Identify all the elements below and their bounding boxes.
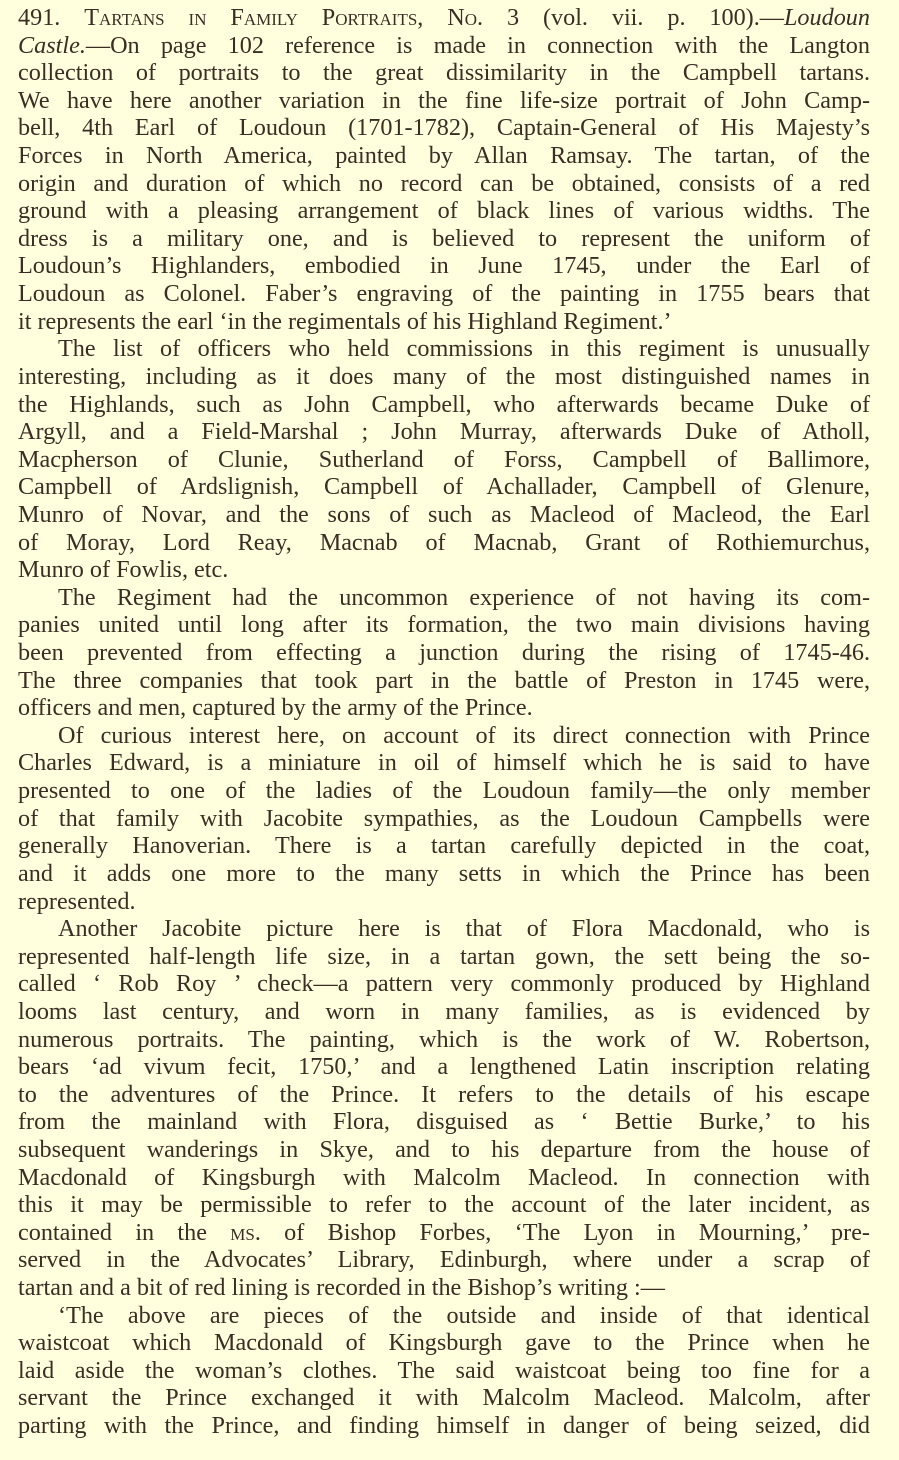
text-line: bears ‘ad vivum fecit, 1750,’ and a leng… [18,1053,870,1081]
text-line: ‘The above are pieces of the outside and… [18,1302,870,1330]
text-line: officers and men, captured by the army o… [18,694,870,722]
text-line: Macdonald of Kingsburgh with Malcolm Mac… [18,1164,870,1192]
text-line: tartan and a bit of red lining is record… [18,1274,870,1302]
small-caps-text: Tartans in Family Portraits, No. [84,4,483,31]
text-line: from the mainland with Flora, disguised … [18,1108,870,1136]
text-line: 491. Tartans in Family Portraits, No. 3 … [18,4,870,32]
text-line: The three companies that took part in th… [18,667,870,695]
text-line: Munro of Novar, and the sons of such as … [18,501,870,529]
text-line: laid aside the woman’s clothes. The said… [18,1357,870,1385]
text-line: waistcoat which Macdonald of Kingsburgh … [18,1329,870,1357]
text-line: The Regiment had the uncommon experience… [18,584,870,612]
text-line: generally Hanoverian. There is a tartan … [18,832,870,860]
text-line: Macpherson of Clunie, Sutherland of Fors… [18,446,870,474]
italic-text: Castle. [18,32,86,59]
paragraph-p2: The list of officers who held commission… [18,335,870,583]
text-line: Castle.—On page 102 reference is made in… [18,32,870,60]
text-line: and it adds one more to the many setts i… [18,860,870,888]
text-line: Of curious interest here, on account of … [18,722,870,750]
text-line: bell, 4th Earl of Loudoun (1701-1782), C… [18,114,870,142]
text-line: The list of officers who held commission… [18,335,870,363]
text-run: 3 (vol. vii. p. 100).— [483,4,784,31]
text-line: Loudoun’s Highlanders, embodied in June … [18,252,870,280]
document-page: 491. Tartans in Family Portraits, No. 3 … [0,0,899,1460]
text-run: —On page 102 reference is made in connec… [86,32,870,59]
text-line: Charles Edward, is a miniature in oil of… [18,749,870,777]
text-line: interesting, including as it does many o… [18,363,870,391]
paragraph-p3: The Regiment had the uncommon experience… [18,584,870,722]
text-line: looms last century, and worn in many fam… [18,998,870,1026]
text-line: dress is a military one, and is believed… [18,225,870,253]
text-line: panies united until long after its forma… [18,611,870,639]
text-line: of Moray, Lord Reay, Macnab of Macnab, G… [18,529,870,557]
paragraph-p6: ‘The above are pieces of the outside and… [18,1302,870,1440]
text-line: numerous portraits. The painting, which … [18,1026,870,1054]
text-line: called ‘ Rob Roy ’ check—a pattern very … [18,970,870,998]
text-line: ground with a pleasing arrangement of bl… [18,197,870,225]
paragraph-p4: Of curious interest here, on account of … [18,722,870,915]
paragraph-p5: Another Jacobite picture here is that of… [18,915,870,1302]
article-body: 491. Tartans in Family Portraits, No. 3 … [18,4,870,1440]
text-line: servant the Prince exchanged it with Mal… [18,1384,870,1412]
text-line: Munro of Fowlis, etc. [18,556,870,584]
text-line: been prevented from effecting a junction… [18,639,870,667]
small-caps-text: ms. [230,1219,261,1246]
text-run: 491. [18,4,84,31]
paragraph-p1: 491. Tartans in Family Portraits, No. 3 … [18,4,870,335]
text-line: We have here another variation in the fi… [18,87,870,115]
text-line: this it may be permissible to refer to t… [18,1191,870,1219]
text-line: Another Jacobite picture here is that of… [18,915,870,943]
text-line: Forces in North America, painted by Alla… [18,142,870,170]
text-line: Campbell of Ardslignish, Campbell of Ach… [18,473,870,501]
text-line: origin and duration of which no record c… [18,170,870,198]
text-line: represented half-length life size, in a … [18,943,870,971]
text-line: Argyll, and a Field-Marshal ; John Murra… [18,418,870,446]
text-line: to the adventures of the Prince. It refe… [18,1081,870,1109]
text-line: presented to one of the ladies of the Lo… [18,777,870,805]
text-line: Loudoun as Colonel. Faber’s engraving of… [18,280,870,308]
text-line: subsequent wanderings in Skye, and to hi… [18,1136,870,1164]
text-line: represented. [18,888,870,916]
text-line: of that family with Jacobite sympathies,… [18,805,870,833]
text-line: parting with the Prince, and finding him… [18,1412,870,1440]
text-line: served in the Advocates’ Library, Edinbu… [18,1246,870,1274]
text-run: of Bishop Forbes, ‘The Lyon in Mourning,… [261,1219,870,1246]
text-line: contained in the ms. of Bishop Forbes, ‘… [18,1219,870,1247]
italic-text: Loudoun [784,4,870,31]
text-line: it represents the earl ‘in the regimenta… [18,308,870,336]
text-run: contained in the [18,1219,230,1246]
text-line: the Highlands, such as John Campbell, wh… [18,391,870,419]
text-line: collection of portraits to the great dis… [18,59,870,87]
